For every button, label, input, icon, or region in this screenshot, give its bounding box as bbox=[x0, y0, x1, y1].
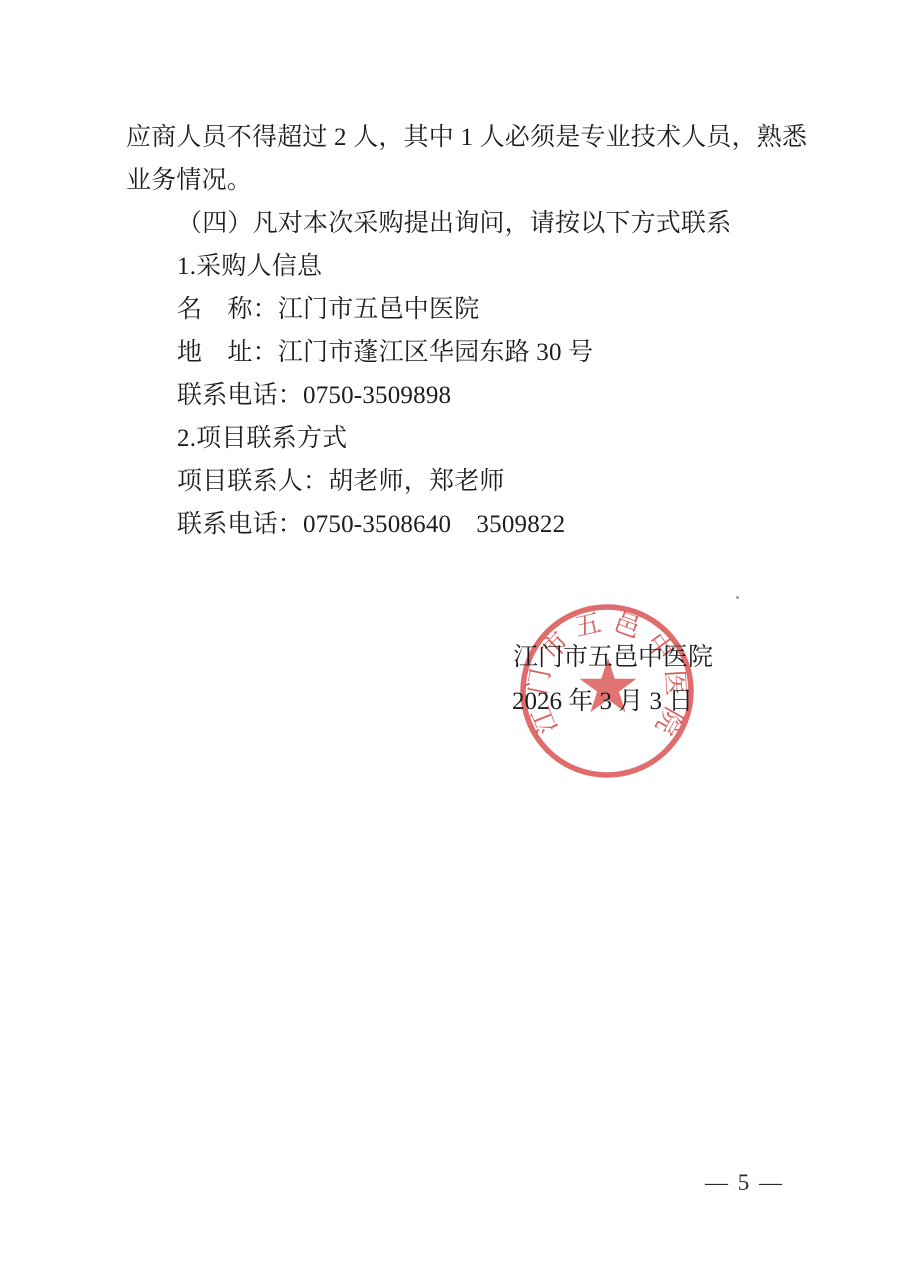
document-page: 应商人员不得超过 2 人，其中 1 人必须是专业技术人员，熟悉业务情况。（四）凡… bbox=[0, 0, 900, 1269]
text-line: 联系电话：0750-3508640 3509822 bbox=[126, 503, 806, 546]
scan-speck bbox=[736, 596, 739, 599]
page-number: — 5 — bbox=[705, 1169, 784, 1197]
text-line: 项目联系人：胡老师，郑老师 bbox=[126, 460, 806, 503]
text-line: 联系电话：0750-3509898 bbox=[126, 374, 806, 417]
text-line: 名 称：江门市五邑中医院 bbox=[126, 288, 806, 331]
signature-organization: 江门市五邑中医院 bbox=[513, 645, 713, 671]
text-line: 应商人员不得超过 2 人，其中 1 人必须是专业技术人员，熟悉 bbox=[126, 116, 806, 159]
text-line: （四）凡对本次采购提出询问，请按以下方式联系 bbox=[126, 202, 806, 245]
text-line: 2.项目联系方式 bbox=[126, 417, 806, 460]
body-text: 应商人员不得超过 2 人，其中 1 人必须是专业技术人员，熟悉业务情况。（四）凡… bbox=[126, 116, 806, 546]
signature-date: 2026 年 3 月 3 日 bbox=[512, 689, 693, 715]
text-line: 地 址：江门市蓬江区华园东路 30 号 bbox=[126, 331, 806, 374]
text-line: 业务情况。 bbox=[126, 159, 806, 202]
text-line: 1.采购人信息 bbox=[126, 245, 806, 288]
